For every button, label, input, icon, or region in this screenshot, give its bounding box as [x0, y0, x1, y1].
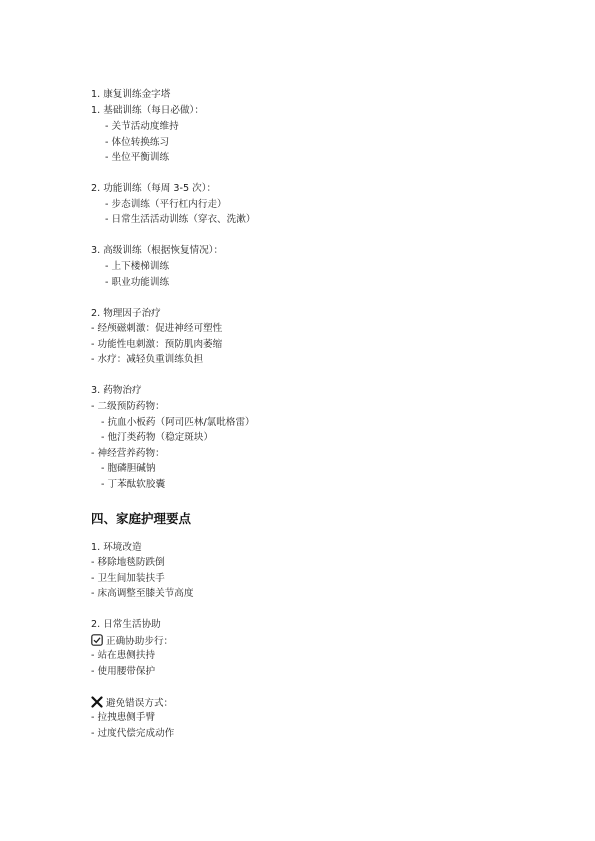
text-line: - 职业功能训练 — [105, 277, 169, 289]
cross-mark-icon — [91, 696, 103, 708]
text-line: - 丁苯酞软胶囊 — [101, 479, 165, 491]
text-line: - 床高调整至膝关节高度 — [91, 588, 193, 600]
text-line: - 水疗：减轻负重训练负担 — [91, 354, 203, 366]
text-line: - 卫生间加装扶手 — [91, 573, 165, 585]
text-line: - 关节活动度维持 — [105, 121, 179, 133]
text-line: - 体位转换练习 — [105, 137, 169, 149]
text-line: - 经颅磁刺激：促进神经可塑性 — [91, 323, 222, 335]
text-line: 1. 基础训练（每日必做）： — [91, 105, 204, 117]
text-line: 1. 环境改造 — [91, 542, 142, 554]
correct-assist-label: 正确协助步行： — [91, 634, 173, 648]
text-line: - 过度代偿完成动作 — [91, 728, 174, 740]
text-line: - 二级预防药物： — [91, 401, 165, 413]
text-line: - 日常生活活动训练（穿衣、洗漱） — [105, 214, 255, 226]
section-heading: 四、家庭护理要点 — [91, 511, 191, 527]
text-line: 1. 康复训练金字塔 — [91, 89, 170, 101]
text-line: - 坐位平衡训练 — [105, 152, 169, 164]
text-line: - 功能性电刺激：预防肌肉萎缩 — [91, 339, 222, 351]
text-line: - 拉拽患侧手臂 — [91, 712, 155, 724]
text-line: 2. 功能训练（每周 3-5 次）： — [91, 183, 216, 195]
text-line: 2. 日常生活协助 — [91, 619, 161, 631]
text-line: - 移除地毯防跌倒 — [91, 557, 165, 569]
avoid-wrong-label: 避免错误方式： — [91, 696, 173, 710]
text-line: - 站在患侧扶持 — [91, 650, 155, 662]
text-line: 2. 物理因子治疗 — [91, 308, 161, 320]
avoid-wrong-label-text: 避免错误方式： — [106, 698, 173, 709]
text-line: - 他汀类药物（稳定斑块） — [101, 432, 213, 444]
check-box-icon — [91, 634, 103, 646]
correct-assist-label-text: 正确协助步行： — [106, 636, 173, 647]
document-page: 1. 康复训练金字塔1. 基础训练（每日必做）：- 关节活动度维持- 体位转换练… — [0, 0, 595, 841]
text-line: - 步态训练（平行杠内行走） — [105, 199, 227, 211]
text-line: - 使用腰带保护 — [91, 666, 155, 678]
text-line: - 神经营养药物： — [91, 448, 165, 460]
text-line: - 上下楼梯训练 — [105, 261, 169, 273]
text-line: - 抗血小板药（阿司匹林/氯吡格雷） — [101, 417, 255, 429]
text-line: - 胞磷胆碱钠 — [101, 463, 155, 475]
text-line: 3. 高级训练（根据恢复情况）： — [91, 245, 223, 257]
text-line: 3. 药物治疗 — [91, 385, 142, 397]
